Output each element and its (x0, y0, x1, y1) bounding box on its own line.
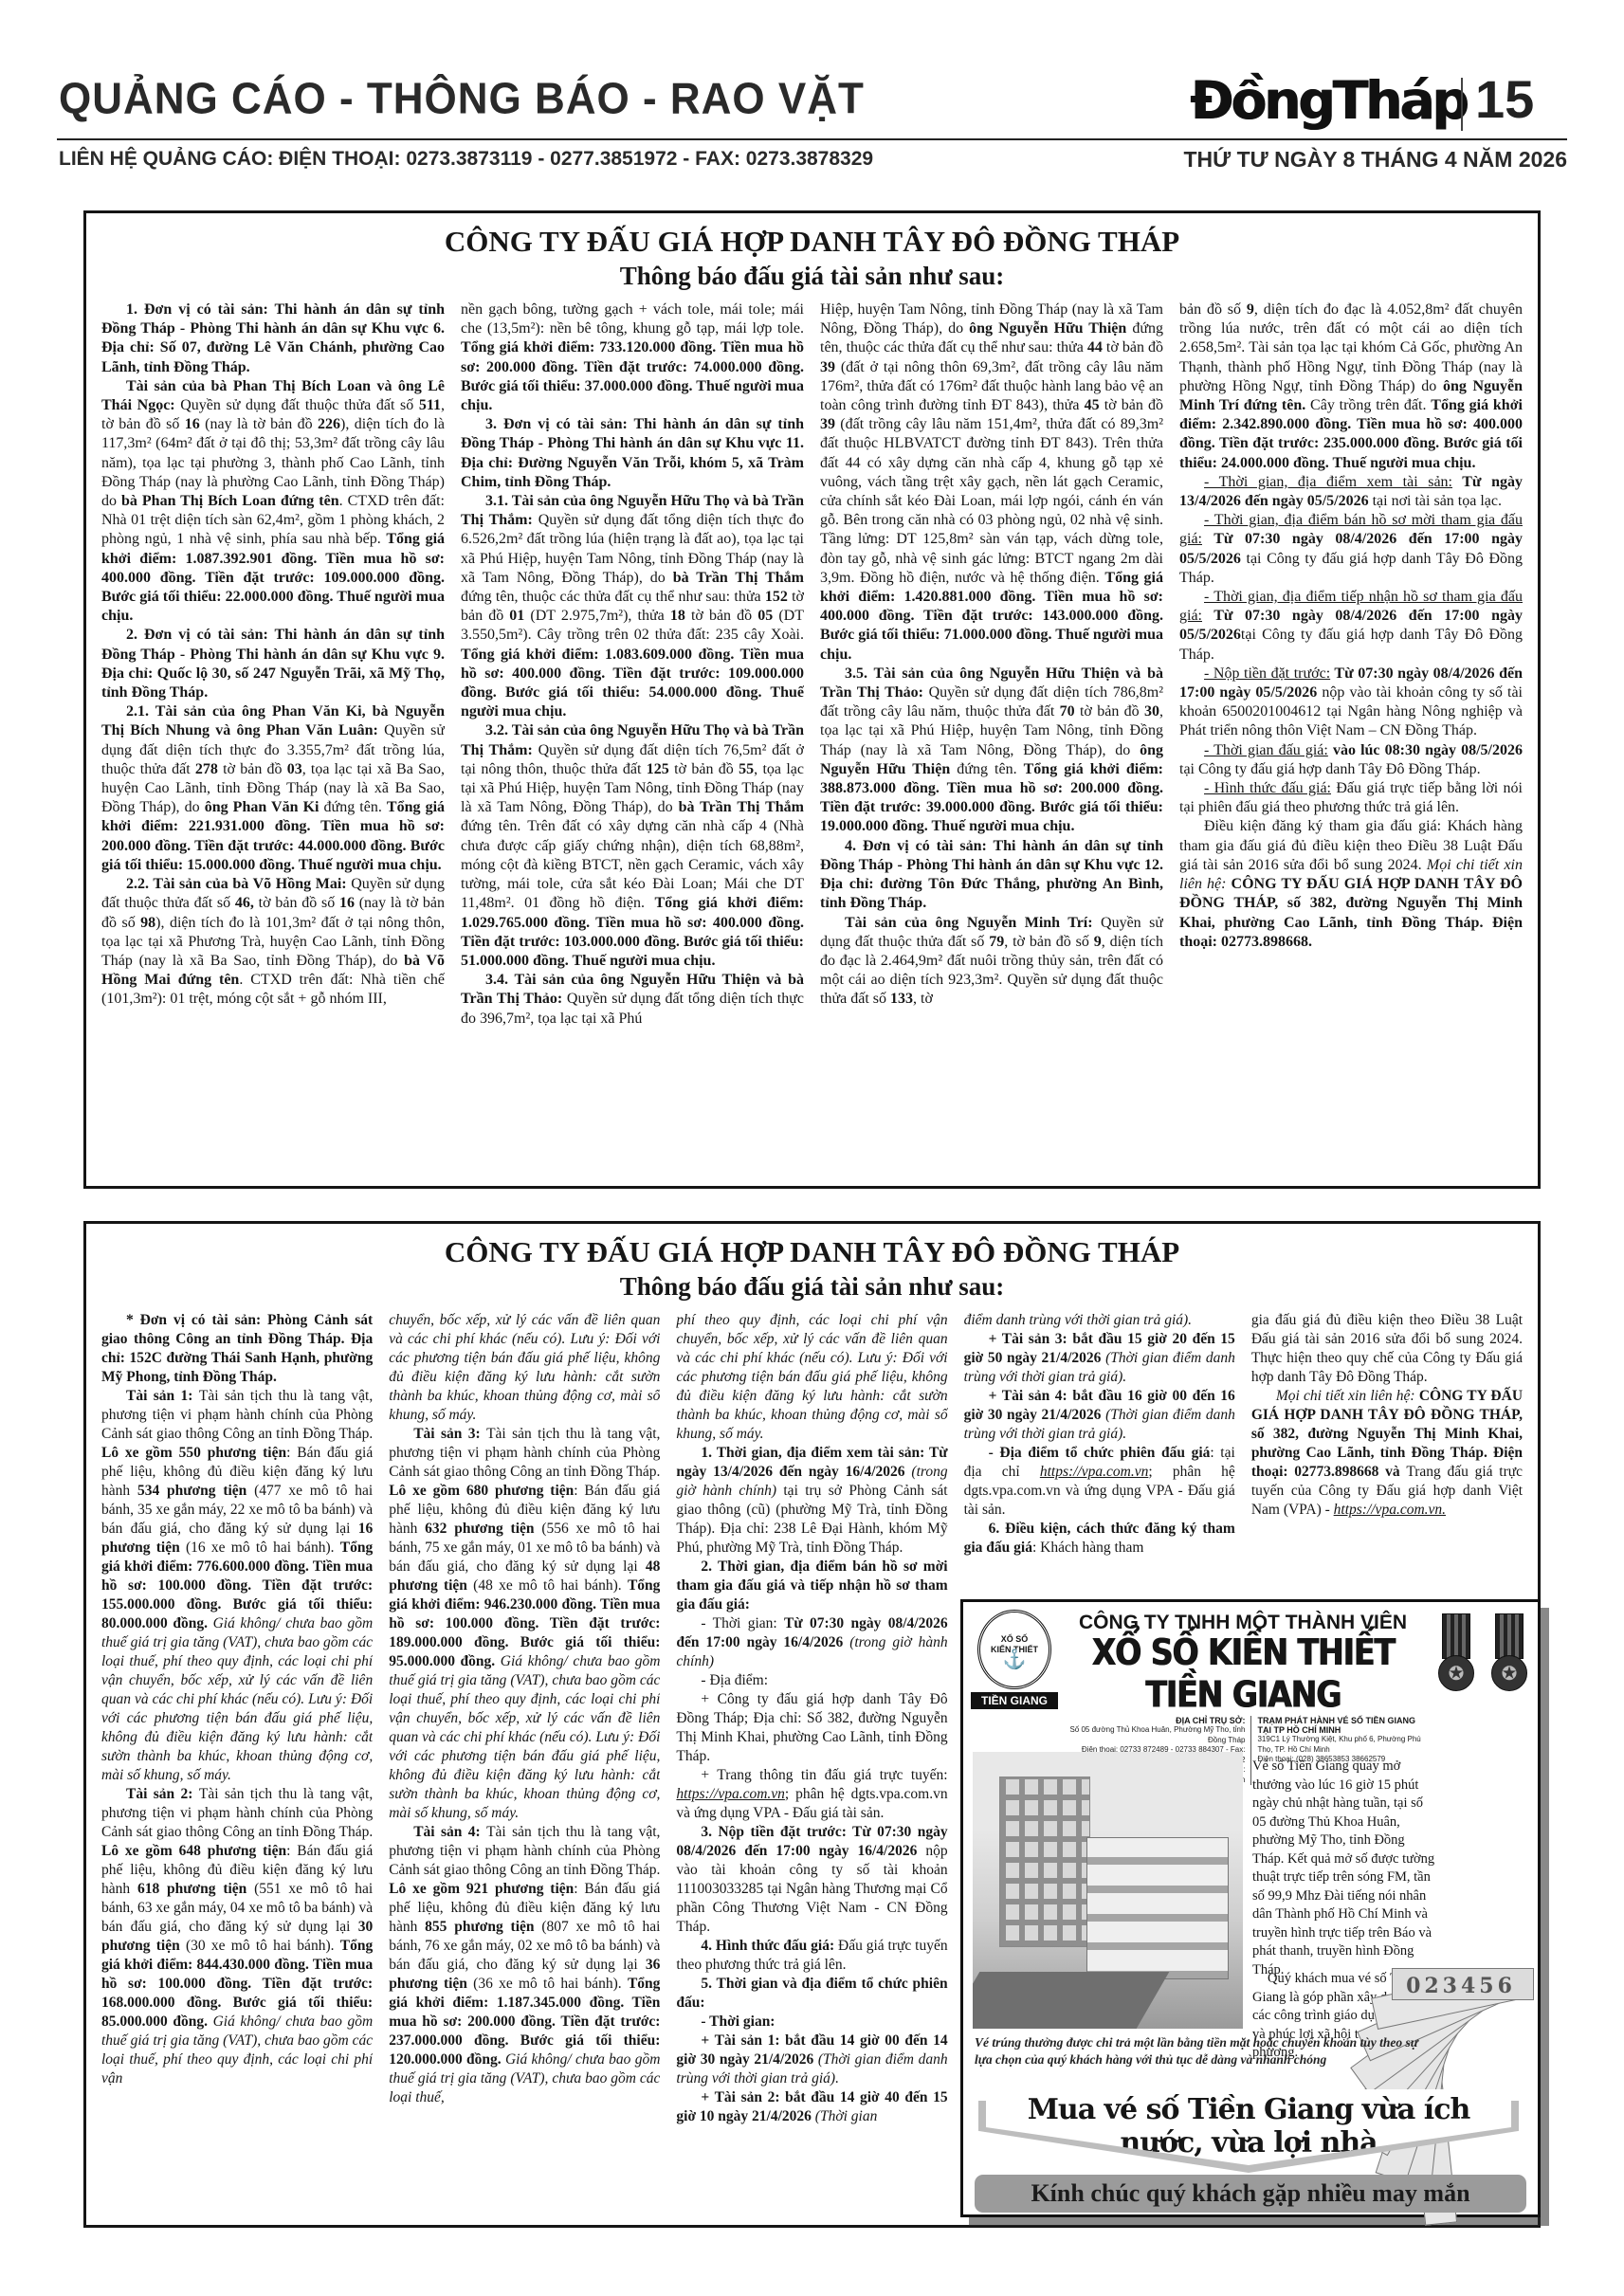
text-segment: Tổng giá khởi điểm: 1.083.609.000 đồng. … (461, 647, 804, 720)
paragraph: + Tài sản 2: bắt đầu 14 giờ 40 đến 15 gi… (676, 2088, 947, 2126)
text-segment: 9 (1094, 934, 1102, 950)
text-segment: phí theo quy định, các loại chi phí vận … (676, 1312, 947, 1442)
header-rule (57, 138, 1567, 140)
text-segment: 18 (670, 608, 685, 624)
text-segment: 39 (820, 359, 835, 375)
text-segment: Giá không/ chưa bao gồm thuế giá trị gia… (389, 1653, 660, 1821)
text-segment: tờ bản đồ (669, 761, 739, 777)
text-segment: Tài sản 3: (413, 1426, 486, 1442)
notice-subtitle: Thông báo đấu giá tài sản như sau: (101, 1272, 1523, 1302)
text-segment: 2. Đơn vị có tài sản: Thi hành án dân sự… (101, 627, 445, 701)
paragraph: chuyển, bốc xếp, xử lý các vấn đề liên q… (389, 1311, 660, 1425)
paragraph: 1. Thời gian, địa điểm xem tài sản: Từ n… (676, 1444, 947, 1558)
text-segment: 855 phương tiện (425, 1919, 534, 1935)
medal-icon: ✪ (1435, 1613, 1477, 1744)
paragraph: Điều kiện đăng ký tham gia đấu giá: Khác… (1179, 817, 1523, 951)
text-segment: (DT 2.975,7m²), thửa (524, 608, 670, 624)
paragraph: - Thời gian, địa điểm tiếp nhận hồ sơ th… (1179, 588, 1523, 665)
text-segment: tờ bản đồ (218, 761, 287, 777)
paragraph: 4. Đơn vị có tài sản: Thi hành án dân sự… (820, 837, 1163, 914)
slogan-banner: Mua vé số Tiền Giang vừa ích nước, vừa l… (978, 2089, 1519, 2173)
paragraph: Tài sản 1: Tài sản tịch thu là tang vật,… (101, 1387, 373, 1785)
lottery-ad: XỔ SỐ KIẾN THIẾT ⚓ TIỀN GIANG CÔNG TY TN… (960, 1599, 1541, 2217)
text-segment: - Hình thức đấu giá: (1204, 780, 1331, 796)
paragraph: 3.1. Tài sản của ông Nguyễn Hữu Thọ và b… (461, 492, 804, 721)
paragraph: - Thời gian đấu giá: vào lúc 08:30 ngày … (1179, 741, 1523, 779)
text-segment: - Thời gian, địa điểm xem tài sản: (1204, 474, 1452, 490)
text-segment: 9 (1247, 301, 1254, 318)
paragraph: bản đồ số 9, diện tích đo đạc là 4.052,8… (1179, 301, 1523, 473)
text-column: * Đơn vị có tài sản: Phòng Cảnh sát giao… (101, 1311, 373, 2214)
paragraph: Tài sản 3: Tài sản tịch thu là tang vật,… (389, 1425, 660, 1823)
text-segment: Quyền sử dụng đất thuộc thửa đất số (180, 397, 419, 413)
hq-label: ĐỊA CHỈ TRỤ SỞ: (1058, 1716, 1245, 1725)
paragraph: gia đấu giá đủ điều kiện theo Điều 38 Lu… (1251, 1311, 1523, 1387)
text-segment: 152 (765, 589, 788, 605)
text-segment: gia đấu giá đủ điều kiện theo Điều 38 Lu… (1251, 1312, 1523, 1385)
text-segment: (Thời gian (815, 2108, 878, 2124)
text-segment: tại nơi tài sản tọa lạc. (1369, 493, 1502, 509)
paragraph: Tài sản 4: Tài sản tịch thu là tang vật,… (389, 1823, 660, 2107)
text-segment: đứng tên, thuộc các thửa đất cụ thể như … (461, 589, 765, 605)
text-segment: ông Phan Văn Ki (205, 799, 319, 815)
text-segment: nền gạch bông, tường gạch + vách tole, m… (461, 301, 804, 337)
banner-face: Mua vé số Tiền Giang vừa ích nước, vừa l… (986, 2089, 1511, 2165)
anchor-icon: ⚓ (1003, 1655, 1027, 1666)
paragraph: Mọi chi tiết xin liên hệ: CÔNG TY ĐẤU GI… (1251, 1387, 1523, 1520)
paragraph: 5. Thời gian và địa điểm tổ chức phiên đ… (676, 1975, 947, 2013)
paragraph: + Tài sản 4: bắt đầu 16 giờ 00 đến 16 gi… (964, 1387, 1235, 1444)
text-segment: 4. Đơn vị có tài sản: Thi hành án dân sự… (820, 838, 1163, 912)
text-segment: 1. Đơn vị có tài sản: Thi hành án dân sự… (101, 301, 445, 375)
text-segment: Tài sản 2: (126, 1786, 199, 1802)
text-segment: 226 (318, 416, 340, 432)
paragraph: Hiệp, huyện Tam Nông, tỉnh Đồng Tháp (na… (820, 301, 1163, 665)
text-segment: , tờ bản đồ số (1004, 934, 1094, 950)
text-segment: Giá không/ chưa bao gồm thuế giá trị gia… (101, 1615, 373, 1783)
paragraph: + Trang thông tin đấu giá trực tuyến: ht… (676, 1766, 947, 1823)
paragraph: 3.2. Tài sản của ông Nguyễn Hữu Thọ và b… (461, 721, 804, 971)
paragraph: 2. Đơn vị có tài sản: Thi hành án dân sự… (101, 626, 445, 702)
text-column: nền gạch bông, tường gạch + vách tole, m… (461, 301, 804, 1180)
logo-text: XỔ SỐ (1001, 1634, 1029, 1645)
text-column: chuyển, bốc xếp, xử lý các vấn đề liên q… (389, 1311, 660, 2214)
notice-company-title: CÔNG TY ĐẤU GIÁ HỢP DANH TÂY ĐÔ ĐỒNG THÁ… (101, 1235, 1523, 1269)
branch-label: TRẠM PHÁT HÀNH VÉ SỐ TIỀN GIANG TẠI TP H… (1257, 1716, 1428, 1735)
lottery-company-line2: XỔ SỐ KIẾN THIẾT TIỀN GIANG (1058, 1631, 1428, 1716)
paragraph: + Công ty đấu giá hợp danh Tây Đô Đồng T… (676, 1690, 947, 1766)
paragraph: 3.5. Tài sản của ông Nguyễn Hữu Thiện và… (820, 665, 1163, 837)
header-divider (1461, 78, 1463, 131)
paragraph: - Địa điểm: (676, 1671, 947, 1690)
lottery-tickets-image: 023456 (1401, 1744, 1540, 2142)
text-segment: 01 (509, 608, 524, 624)
text-segment: (đất trồng cây lâu năm 151,4m², thửa đất… (820, 416, 1163, 586)
text-segment: - Địa điểm: (701, 1672, 768, 1688)
medal-icon: ✪ (1488, 1613, 1530, 1744)
text-segment: 632 phương tiện (425, 1521, 534, 1537)
text-segment: đứng tên. (950, 761, 1023, 777)
text-column: phí theo quy định, các loại chi phí vận … (676, 1311, 947, 2214)
paragraph: Tài sản của ông Nguyễn Minh Trí: Quyền s… (820, 914, 1163, 1010)
paragraph: + Tài sản 3: bắt đầu 15 giờ 20 đến 15 gi… (964, 1330, 1235, 1387)
paragraph: * Đơn vị có tài sản: Phòng Cảnh sát giao… (101, 1311, 373, 1387)
text-segment: Lô xe gồm 550 phương tiện (101, 1445, 286, 1461)
text-segment: (48 xe mô tô hai bánh). (467, 1577, 628, 1594)
page-number: 15 (1475, 68, 1534, 130)
paragraph: 3. Nộp tiền đặt trước: Từ 07:30 ngày 08/… (676, 1823, 947, 1937)
text-segment: 3. Đơn vị có tài sản: Thi hành án dân sự… (461, 416, 804, 490)
text-segment: 278 (195, 761, 218, 777)
text-segment: : Khách hàng tham (1032, 1540, 1144, 1556)
text-segment: 44 (1087, 339, 1103, 355)
text-segment: 125 (647, 761, 669, 777)
building-photo (973, 1752, 1243, 2029)
newspaper-logo: ĐồngTháp (1190, 70, 1467, 131)
advertising-contact-line: LIÊN HỆ QUẢNG CÁO: ĐIỆN THOẠI: 0273.3873… (59, 148, 873, 171)
text-segment: Tài sản của ông Nguyễn Minh Trí: (845, 915, 1101, 931)
paragraph: - Thời gian: Từ 07:30 ngày 08/4/2026 đến… (676, 1614, 947, 1671)
text-segment: bà Trần Thị Thắm (673, 570, 804, 586)
text-segment: Mọi chi tiết xin liên hệ: (1276, 1388, 1419, 1404)
slogan-text: Mua vé số Tiền Giang vừa ích nước, vừa l… (1028, 2093, 1470, 2159)
text-segment: , tờ (913, 991, 933, 1007)
text-segment: 98 (140, 915, 155, 931)
text-segment: (nay là tờ bản đồ (200, 416, 318, 432)
text-segment: Lô xe gồm 921 phương tiện (389, 1881, 574, 1897)
text-segment: điểm danh trùng với thời gian trả giá). (964, 1312, 1192, 1328)
text-segment: tờ bản đồ (1103, 339, 1163, 355)
paragraph: 3. Đơn vị có tài sản: Thi hành án dân sự… (461, 415, 804, 492)
text-segment: tờ bản đồ (1100, 397, 1163, 413)
paragraph: - Địa điểm tổ chức phiên đấu giá: tại đị… (964, 1444, 1235, 1520)
text-segment: 55 (739, 761, 754, 777)
text-segment: 3. Nộp tiền đặt trước: Từ 07:30 ngày 08/… (676, 1824, 947, 1859)
building-tower (999, 1777, 1090, 1947)
paragraph: - Hình thức đấu giá: Đấu giá trực tiếp b… (1179, 779, 1523, 817)
text-segment: 2.2. Tài sản của bà Võ Hồng Mai: (126, 876, 351, 892)
text-column: bản đồ số 9, diện tích đo đạc là 4.052,8… (1179, 301, 1523, 1180)
paragraph: Tài sản của bà Phan Thị Bích Loan và ông… (101, 377, 445, 627)
paragraph: 3.4. Tài sản của ông Nguyễn Hữu Thiện và… (461, 971, 804, 1029)
link[interactable]: https://vpa.com.vn (1040, 1464, 1149, 1480)
text-segment: 39 (820, 416, 835, 432)
photo-caption: Vé trúng thưởng được chi trả một lần bằn… (975, 2034, 1435, 2068)
text-segment: 30 (1144, 703, 1159, 720)
text-segment: 70 (1060, 703, 1075, 720)
text-segment: (30 xe mô tô hai bánh). (180, 1938, 340, 1954)
text-segment: * Đơn vị có tài sản: Phòng Cảnh sát giao… (101, 1312, 373, 1385)
text-segment: + Tài sản 2: bắt đầu 14 giờ 40 đến 15 gi… (676, 2089, 947, 2124)
text-segment: 1. Thời gian, địa điểm xem tài sản: Từ n… (676, 1445, 947, 1480)
text-segment: 5. Thời gian và địa điểm tổ chức phiên đ… (676, 1976, 947, 2011)
lottery-footer-bar: Kính chúc quý khách gặp nhiều may mắn (975, 2175, 1526, 2213)
newspaper-page: { "header": { "section_title": "QUẢNG CÁ… (0, 0, 1624, 2296)
text-segment: Lô xe gồm 648 phương tiện (101, 1843, 286, 1859)
text-segment: 534 phương tiện (137, 1483, 246, 1499)
notice-subtitle: Thông báo đấu giá tài sản như sau: (101, 262, 1523, 291)
paragraph: 2.1. Tài sản của ông Phan Văn Ki, bà Ngu… (101, 702, 445, 875)
text-segment: 16 (185, 416, 200, 432)
paragraph: - Thời gian: (676, 2013, 947, 2032)
paragraph: - Thời gian, địa điểm xem tài sản: Từ ng… (1179, 473, 1523, 511)
text-segment: + Trang thông tin đấu giá trực tuyến: (701, 1767, 947, 1783)
text-segment: đứng tên. (319, 799, 386, 815)
paragraph: - Thời gian, địa điểm bán hồ sơ mời tham… (1179, 511, 1523, 588)
logo-banner: TIỀN GIANG (971, 1692, 1058, 1709)
text-segment: ông Nguyễn Hữu Thiện (969, 320, 1126, 337)
text-segment: tờ bản đồ số (254, 895, 339, 911)
text-segment: (16 xe mô tô hai bánh). (180, 1540, 340, 1556)
text-segment: bản đồ số (1179, 301, 1247, 318)
text-segment: 511 (419, 397, 441, 413)
text-segment: 05 (757, 608, 773, 624)
auction-notice-1: CÔNG TY ĐẤU GIÁ HỢP DANH TÂY ĐÔ ĐỒNG THÁ… (83, 210, 1541, 1189)
text-segment: (36 xe mô tô hai bánh). (467, 1976, 628, 1992)
text-segment: chuyển, bốc xếp, xử lý các vấn đề liên q… (389, 1312, 660, 1423)
text-segment: 45 (1085, 397, 1100, 413)
paragraph: 4. Hình thức đấu giá: Đấu giá trực tuyến… (676, 1937, 947, 1975)
paragraph: 1. Đơn vị có tài sản: Thi hành án dân sự… (101, 301, 445, 377)
road (973, 1972, 1169, 2029)
text-segment: - Thời gian đấu giá: (1204, 742, 1328, 758)
text-segment: 133 (890, 991, 913, 1007)
text-segment: 618 phương tiện (137, 1881, 246, 1897)
lottery-logo: XỔ SỐ KIẾN THIẾT ⚓ TIỀN GIANG (971, 1610, 1058, 1744)
text-segment: - Thời gian: (701, 2014, 775, 2030)
text-segment: bà Trần Thị Thắm (679, 799, 804, 815)
building-block (1086, 1837, 1229, 1979)
text-segment: - Thời gian: (701, 1615, 784, 1631)
notice-company-title: CÔNG TY ĐẤU GIÁ HỢP DANH TÂY ĐÔ ĐỒNG THÁ… (101, 225, 1523, 259)
text-segment: Tài sản 1: (126, 1388, 199, 1404)
text-segment: 03 (287, 761, 302, 777)
link[interactable]: https://vpa.com.vn (676, 1786, 785, 1802)
text-segment: - Địa điểm tổ chức phiên đấu giá (989, 1445, 1211, 1461)
text-segment: CÔNG TY ĐẤU GIÁ HỢP DANH TÂY ĐÔ ĐỒNG THÁ… (1179, 876, 1523, 950)
auction-notice-2: CÔNG TY ĐẤU GIÁ HỢP DANH TÂY ĐÔ ĐỒNG THÁ… (83, 1221, 1541, 2228)
text-segment: - Nộp tiền đặt trước: (1204, 665, 1330, 682)
text-column: 1. Đơn vị có tài sản: Thi hành án dân sự… (101, 301, 445, 1180)
lottery-logo-oval-icon: XỔ SỐ KIẾN THIẾT ⚓ (977, 1610, 1051, 1689)
text-segment: + Công ty đấu giá hợp danh Tây Đô Đồng T… (676, 1691, 947, 1764)
hq-line: Số 05 đường Thủ Khoa Huân, Phường Mỹ Tho… (1058, 1725, 1245, 1745)
text-segment: 79 (989, 934, 1004, 950)
medals: ✪ ✪ (1428, 1610, 1532, 1744)
text-segment: tại Công ty đấu giá hợp danh Tây Đô Đồng… (1179, 761, 1481, 777)
paragraph: + Tài sản 1: bắt đầu 14 giờ 00 đến 14 gi… (676, 2032, 947, 2088)
lottery-titles: CÔNG TY TNHH MỘT THÀNH VIÊN XỔ SỐ KIẾN T… (1058, 1610, 1428, 1744)
notice-columns: 1. Đơn vị có tài sản: Thi hành án dân sự… (101, 301, 1523, 1180)
text-segment: 2. Thời gian, địa điểm bán hồ sơ mời tha… (676, 1558, 947, 1613)
paragraph: điểm danh trùng với thời gian trả giá). (964, 1311, 1235, 1330)
text-segment: Lô xe gồm 680 phương tiện (389, 1483, 574, 1499)
text-segment: Tổng giá khởi điểm: 733.120.000 đồng. Ti… (461, 339, 804, 413)
lottery-ad-header: XỔ SỐ KIẾN THIẾT ⚓ TIỀN GIANG CÔNG TY TN… (963, 1602, 1538, 1744)
date-line: THỨ TƯ NGÀY 8 THÁNG 4 NĂM 2026 (995, 147, 1567, 173)
text-column: Hiệp, huyện Tam Nông, tỉnh Đồng Tháp (na… (820, 301, 1163, 1180)
text-segment: 4. Hình thức đấu giá: (701, 1938, 838, 1954)
text-segment: 16 (339, 895, 355, 911)
text-segment: vào lúc 08:30 ngày 08/5/2026 (1328, 742, 1523, 758)
text-segment: 46, (235, 895, 254, 911)
paragraph: 6. Điều kiện, cách thức đăng ký tham gia… (964, 1520, 1235, 1558)
paragraph: - Nộp tiền đặt trước: Từ 07:30 ngày 08/4… (1179, 665, 1523, 741)
paragraph: 2. Thời gian, địa điểm bán hồ sơ mời tha… (676, 1558, 947, 1614)
paragraph: 2.2. Tài sản của bà Võ Hồng Mai: Quyền s… (101, 875, 445, 1009)
link[interactable]: https://vpa.com.vn. (1334, 1502, 1446, 1518)
ticket-numbers: 023456 (1392, 1974, 1530, 1998)
paragraph: Tài sản 2: Tài sản tịch thu là tang vật,… (101, 1785, 373, 2088)
section-title: QUẢNG CÁO - THÔNG BÁO - RAO VẶT (59, 75, 865, 125)
text-segment: tờ bản đồ (1075, 703, 1144, 720)
paragraph: nền gạch bông, tường gạch + vách tole, m… (461, 301, 804, 415)
paragraph: phí theo quy định, các loại chi phí vận … (676, 1311, 947, 1444)
text-segment: Cây trồng trên đất. (1305, 397, 1431, 413)
text-segment: bà Phan Thị Bích Loan đứng tên (121, 493, 339, 509)
text-segment: tờ bản đồ (685, 608, 757, 624)
text-segment: Tài sản 4: (413, 1824, 486, 1840)
